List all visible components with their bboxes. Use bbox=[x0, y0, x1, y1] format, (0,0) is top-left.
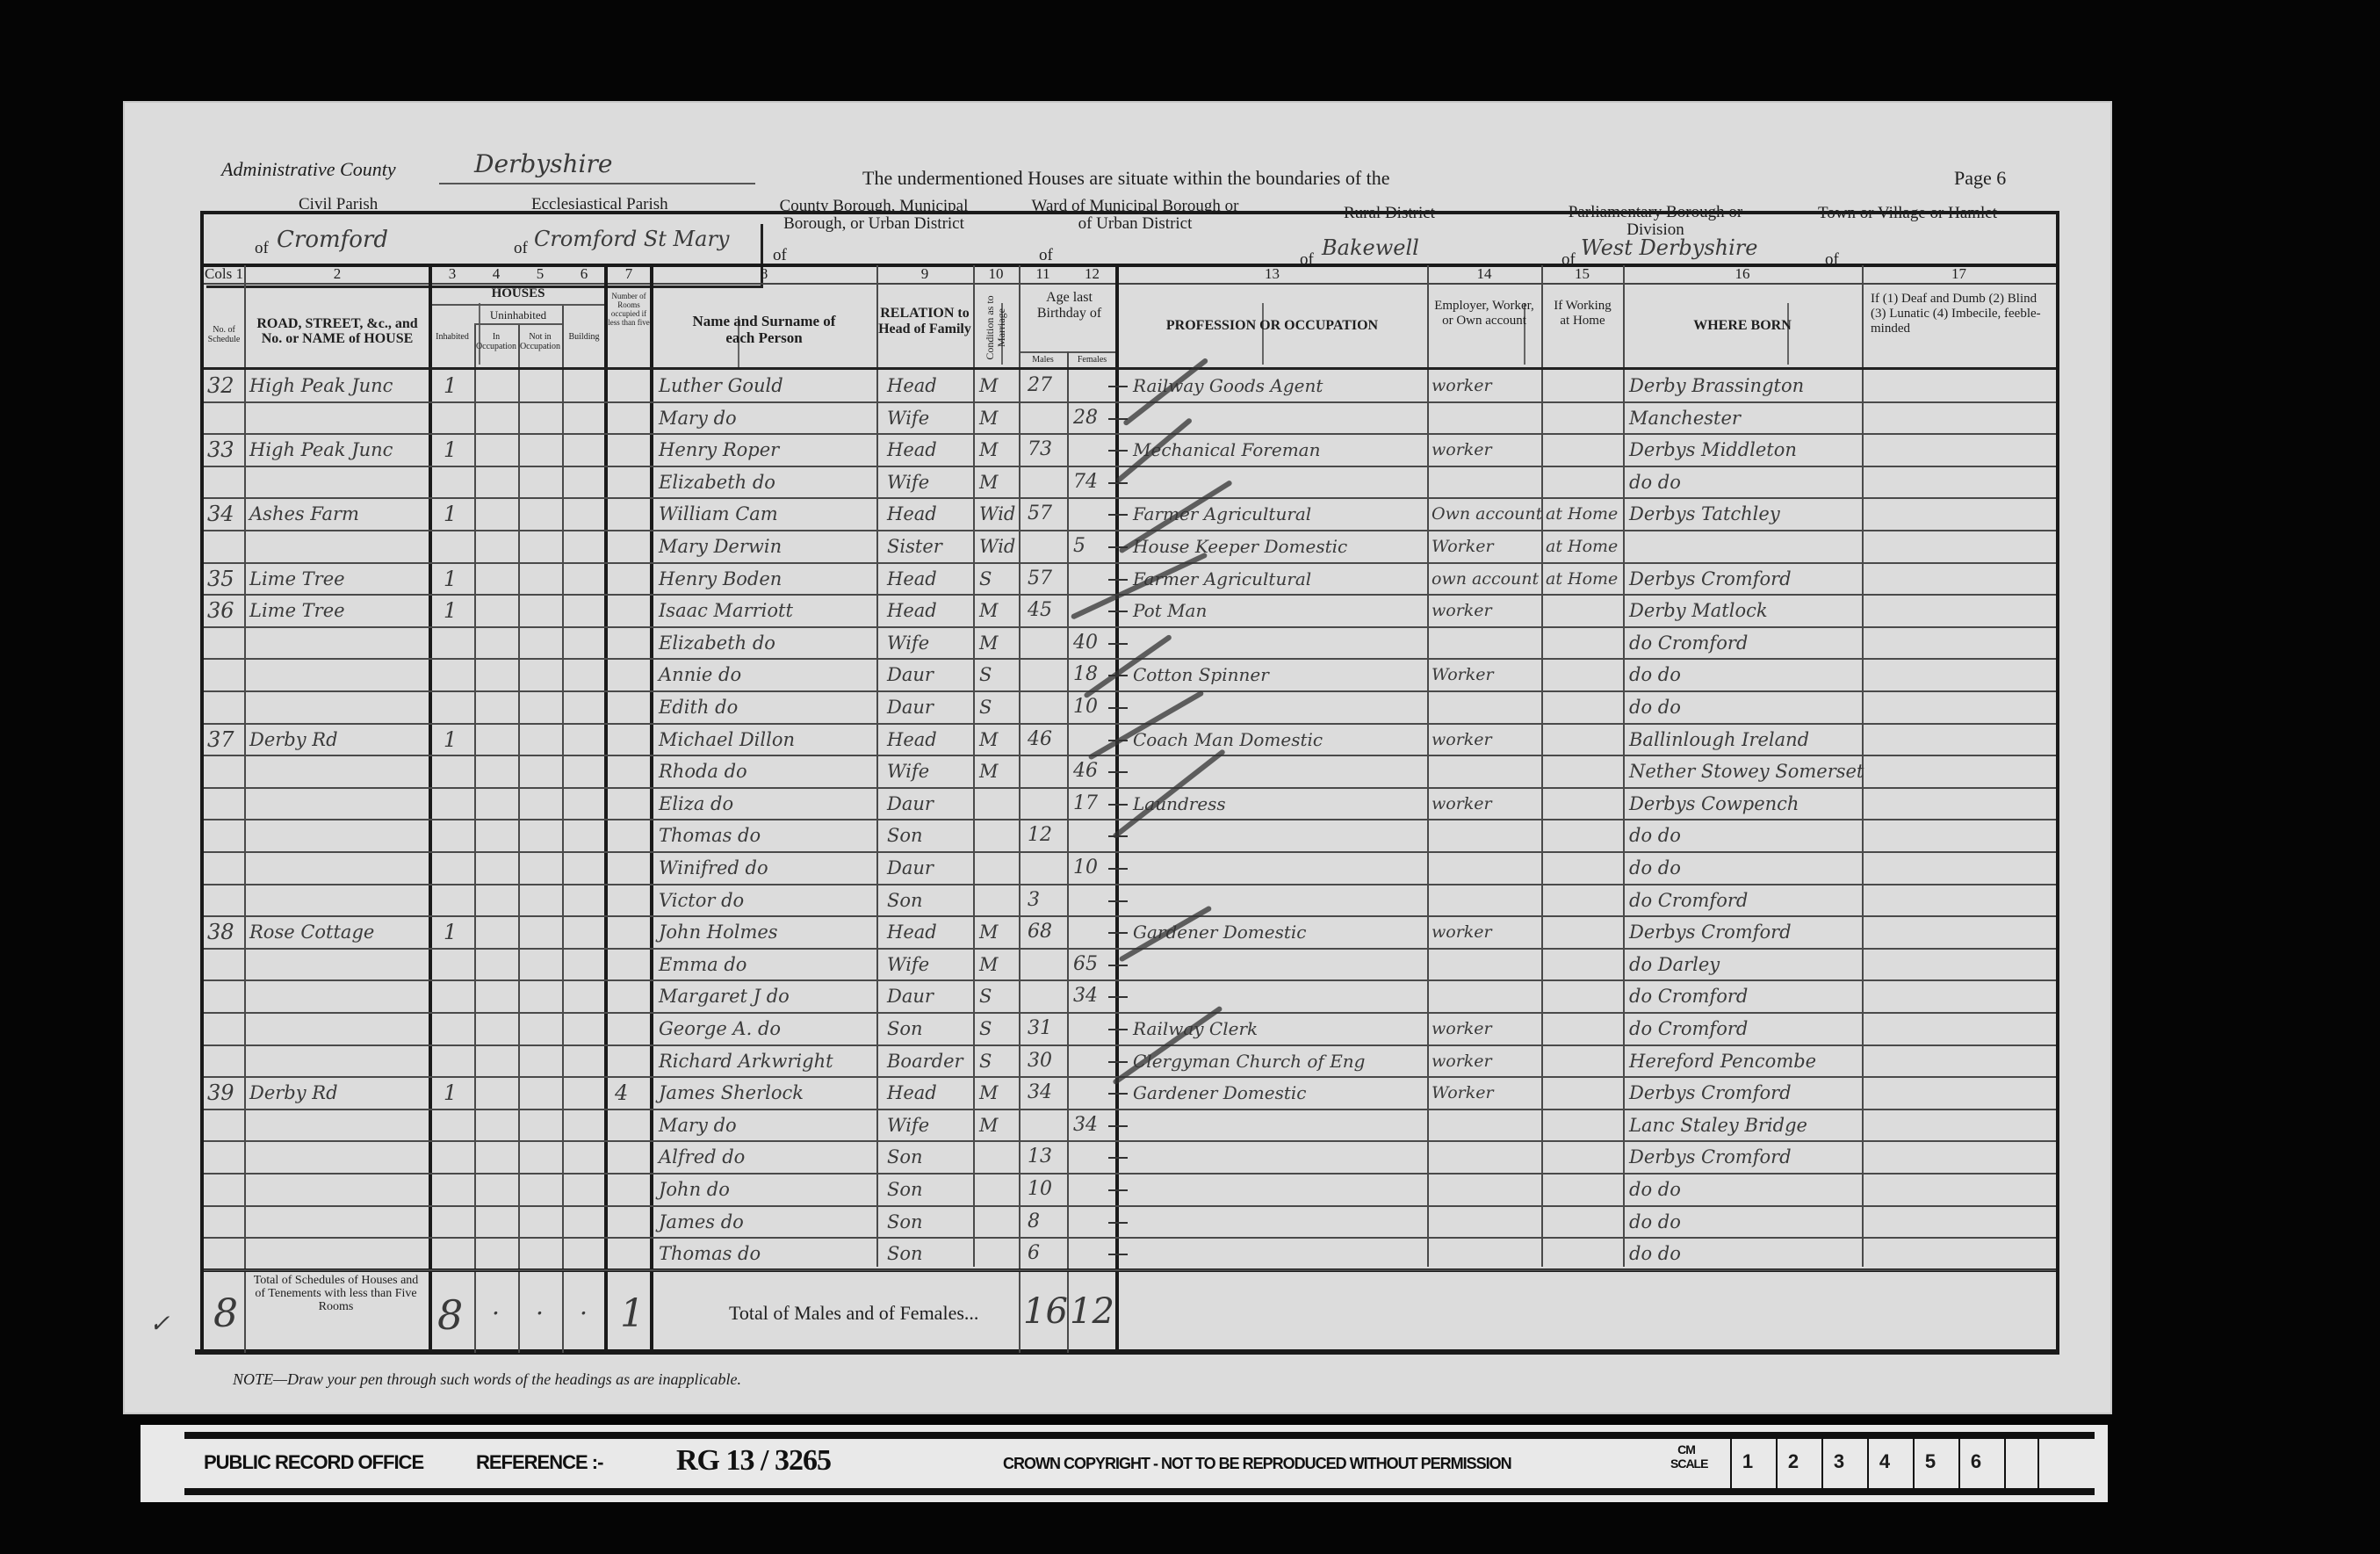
header-name: Name and Surname of each Person bbox=[676, 313, 852, 346]
cell-male-age bbox=[1028, 755, 1066, 787]
cell-inhabited bbox=[444, 1174, 470, 1205]
cell-occupation: Cotton Spinner bbox=[1133, 659, 1427, 690]
cell-inhabited: 1 bbox=[444, 1077, 470, 1109]
cell-relation: Head bbox=[887, 563, 971, 595]
cell-house: Lime Tree bbox=[249, 595, 429, 626]
cell-male-age: 6 bbox=[1028, 1238, 1066, 1269]
cell-rooms bbox=[615, 1045, 648, 1077]
cell-at-home: at Home bbox=[1546, 531, 1623, 562]
cell-schedule bbox=[207, 820, 244, 851]
cell-employment: worker bbox=[1432, 788, 1541, 820]
tick-dash bbox=[1108, 450, 1128, 452]
cell-name: Emma do bbox=[659, 949, 876, 980]
col-number: 7 bbox=[606, 265, 652, 283]
cell-condition: M bbox=[979, 916, 1018, 948]
cell-employment: worker bbox=[1432, 370, 1541, 401]
cell-condition: S bbox=[979, 1045, 1018, 1077]
tick-dash bbox=[1108, 868, 1128, 870]
cell-where-born: Hereford Pencombe bbox=[1629, 1045, 1862, 1077]
cell-condition: Wid bbox=[979, 498, 1018, 530]
cell-relation: Daur bbox=[887, 659, 971, 690]
header-inhabited: Inhabited bbox=[430, 332, 474, 342]
header-rooms: Number of Rooms occupied if less than fi… bbox=[606, 292, 652, 327]
cell-inhabited bbox=[444, 1045, 470, 1077]
tick-dash bbox=[1108, 771, 1128, 773]
cell-employment bbox=[1432, 980, 1541, 1012]
cell-schedule bbox=[207, 1013, 244, 1044]
cell-inhabited bbox=[444, 1141, 470, 1173]
cell-schedule: 38 bbox=[207, 916, 244, 948]
cell-male-age: 57 bbox=[1028, 563, 1066, 595]
district-label: Rural District bbox=[1344, 204, 1435, 223]
cell-schedule bbox=[207, 1238, 244, 1269]
cell-name: Henry Roper bbox=[659, 434, 876, 466]
district-label: Civil Parish bbox=[299, 195, 378, 214]
cell-male-age: 31 bbox=[1028, 1013, 1066, 1044]
cell-rooms bbox=[615, 402, 648, 434]
cell-at-home bbox=[1546, 788, 1623, 820]
cell-house bbox=[249, 1109, 429, 1141]
cell-house: Lime Tree bbox=[249, 563, 429, 595]
cell-schedule: 39 bbox=[207, 1077, 244, 1109]
cell-at-home bbox=[1546, 852, 1623, 884]
cell-at-home bbox=[1546, 627, 1623, 659]
cell-where-born: Derbys Cromford bbox=[1629, 563, 1862, 595]
cell-rooms bbox=[615, 563, 648, 595]
cell-inhabited bbox=[444, 659, 470, 690]
cell-at-home bbox=[1546, 1141, 1623, 1173]
cell-rooms bbox=[615, 949, 648, 980]
cell-rooms bbox=[615, 434, 648, 466]
cell-name: Henry Boden bbox=[659, 563, 876, 595]
cell-inhabited bbox=[444, 402, 470, 434]
cell-male-age bbox=[1028, 402, 1066, 434]
cell-condition: M bbox=[979, 949, 1018, 980]
col-number: Cols 1 bbox=[204, 265, 244, 283]
cell-rooms bbox=[615, 1206, 648, 1238]
header-males: Males bbox=[1019, 355, 1067, 365]
cell-employment bbox=[1432, 1141, 1541, 1173]
cell-condition: M bbox=[979, 595, 1018, 626]
header-uninhabited: Uninhabited bbox=[474, 307, 562, 322]
scale-mark-end bbox=[2004, 1439, 2039, 1488]
cell-employment: worker bbox=[1432, 916, 1541, 948]
col-number: 13 bbox=[1117, 265, 1427, 283]
cell-condition: M bbox=[979, 370, 1018, 401]
cell-male-age: 45 bbox=[1028, 595, 1066, 626]
cell-where-born: Ballinlough Ireland bbox=[1629, 724, 1862, 755]
cell-house: High Peak Junc bbox=[249, 370, 429, 401]
cell-occupation bbox=[1133, 980, 1427, 1012]
cell-name: George A. do bbox=[659, 1013, 876, 1044]
cell-employment: worker bbox=[1432, 434, 1541, 466]
cell-employment bbox=[1432, 949, 1541, 980]
admin-county-underline bbox=[439, 183, 755, 184]
cell-inhabited bbox=[444, 755, 470, 787]
cell-house: Rose Cottage bbox=[249, 916, 429, 948]
cell-schedule bbox=[207, 659, 244, 690]
cell-occupation: Pot Man bbox=[1133, 595, 1427, 626]
cell-male-age: 13 bbox=[1028, 1141, 1066, 1173]
cell-inhabited bbox=[444, 980, 470, 1012]
cell-condition bbox=[979, 1141, 1018, 1173]
col-number: 16 bbox=[1623, 265, 1862, 283]
col-divider bbox=[518, 325, 520, 1353]
cell-male-age bbox=[1028, 466, 1066, 498]
col-divider bbox=[1541, 265, 1543, 1267]
cell-employment: worker bbox=[1432, 595, 1541, 626]
header-occupation: PROFESSION OR OCCUPATION bbox=[1117, 318, 1427, 333]
col-number: 10 bbox=[973, 265, 1019, 283]
col-divider bbox=[604, 265, 608, 1353]
cell-inhabited: 1 bbox=[444, 498, 470, 530]
reference-value: RG 13 / 3265 bbox=[676, 1444, 831, 1478]
cell-name: Elizabeth do bbox=[659, 466, 876, 498]
cell-inhabited: 1 bbox=[444, 370, 470, 401]
cell-where-born: Nether Stowey Somerset bbox=[1629, 755, 1862, 787]
totals-females: 12 bbox=[1070, 1291, 1114, 1332]
cell-at-home bbox=[1546, 1238, 1623, 1269]
cell-rooms bbox=[615, 1141, 648, 1173]
cell-male-age: 10 bbox=[1028, 1174, 1066, 1205]
cell-inhabited: 1 bbox=[444, 724, 470, 755]
cell-male-age bbox=[1028, 788, 1066, 820]
cell-inhabited: 1 bbox=[444, 563, 470, 595]
cell-name: William Cam bbox=[659, 498, 876, 530]
cell-house bbox=[249, 466, 429, 498]
cell-relation: Wife bbox=[887, 466, 971, 498]
reference-bar-bottom-rule bbox=[184, 1488, 2095, 1495]
cell-relation: Head bbox=[887, 370, 971, 401]
cell-house bbox=[249, 980, 429, 1012]
cell-schedule bbox=[207, 531, 244, 562]
tick-dash bbox=[1108, 804, 1128, 806]
district-label: Ecclesiastical Parish bbox=[531, 195, 668, 214]
tick-dash bbox=[1108, 1189, 1128, 1191]
cell-where-born: Derbys Middleton bbox=[1629, 434, 1862, 466]
cell-name: Victor do bbox=[659, 885, 876, 916]
cell-house bbox=[249, 1238, 429, 1269]
cell-schedule: 34 bbox=[207, 498, 244, 530]
cell-rooms: 4 bbox=[615, 1077, 648, 1109]
col-number: 5 bbox=[518, 265, 562, 283]
cell-house bbox=[249, 691, 429, 723]
scale-mark: 3 bbox=[1821, 1439, 1855, 1488]
cell-schedule bbox=[207, 949, 244, 980]
cell-where-born: do do bbox=[1629, 1206, 1862, 1238]
header-relation: RELATION to Head of Family bbox=[878, 306, 971, 337]
cell-where-born: do do bbox=[1629, 659, 1862, 690]
col-number: 3 bbox=[430, 265, 474, 283]
cell-relation: Son bbox=[887, 885, 971, 916]
cell-male-age bbox=[1028, 980, 1066, 1012]
cell-employment bbox=[1432, 1109, 1541, 1141]
cell-name: Mary do bbox=[659, 1109, 876, 1141]
cell-name: Mary do bbox=[659, 402, 876, 434]
cell-employment: worker bbox=[1432, 1045, 1541, 1077]
cell-schedule bbox=[207, 1109, 244, 1141]
totals-rooms: 1 bbox=[620, 1291, 645, 1336]
cell-rooms bbox=[615, 1013, 648, 1044]
tick-dash bbox=[1108, 1061, 1128, 1063]
cell-inhabited bbox=[444, 820, 470, 851]
cell-name: Annie do bbox=[659, 659, 876, 690]
cell-at-home bbox=[1546, 1077, 1623, 1109]
cell-rooms bbox=[615, 1109, 648, 1141]
header-not-in-occupation: Not in Occupation bbox=[518, 332, 562, 351]
cell-employment: Own account bbox=[1432, 498, 1541, 530]
cell-occupation: Gardener Domestic bbox=[1133, 916, 1427, 948]
header-schedule: No. of Schedule bbox=[204, 325, 244, 344]
copyright-notice: CROWN COPYRIGHT - NOT TO BE REPRODUCED W… bbox=[1003, 1455, 1511, 1473]
divider bbox=[1787, 303, 1789, 365]
district-prefix: of bbox=[255, 239, 269, 258]
totals-not-in-occupation: . bbox=[536, 1291, 544, 1320]
tick-dash bbox=[1108, 996, 1128, 998]
cell-schedule bbox=[207, 1174, 244, 1205]
scale-mark: 4 bbox=[1867, 1439, 1900, 1488]
cell-rooms bbox=[615, 531, 648, 562]
totals-building: . bbox=[580, 1291, 588, 1320]
cell-where-born: Derby Matlock bbox=[1629, 595, 1862, 626]
district-value: Cromford bbox=[277, 227, 388, 253]
district-prefix: of bbox=[514, 239, 528, 258]
table-right-border bbox=[2056, 211, 2059, 1353]
cell-employment bbox=[1432, 691, 1541, 723]
header-road: ROAD, STREET, &c., and No. or NAME of HO… bbox=[248, 316, 427, 346]
cell-house: Derby Rd bbox=[249, 1077, 429, 1109]
cell-house bbox=[249, 788, 429, 820]
cell-relation: Head bbox=[887, 916, 971, 948]
cell-condition: M bbox=[979, 402, 1018, 434]
cell-relation: Son bbox=[887, 1174, 971, 1205]
col-divider bbox=[876, 265, 878, 1267]
cell-house bbox=[249, 531, 429, 562]
cell-at-home bbox=[1546, 820, 1623, 851]
cell-at-home bbox=[1546, 1174, 1623, 1205]
cell-condition: M bbox=[979, 627, 1018, 659]
district-prefix: of bbox=[773, 246, 787, 265]
cell-male-age bbox=[1028, 531, 1066, 562]
cell-schedule bbox=[207, 788, 244, 820]
cell-relation: Wife bbox=[887, 627, 971, 659]
cell-where-born: Derbys Cromford bbox=[1629, 1141, 1862, 1173]
table-left-border bbox=[200, 211, 204, 1353]
cell-inhabited: 1 bbox=[444, 916, 470, 948]
cell-condition bbox=[979, 1238, 1018, 1269]
cell-schedule bbox=[207, 755, 244, 787]
cell-inhabited bbox=[444, 1238, 470, 1269]
cell-relation: Head bbox=[887, 434, 971, 466]
cell-inhabited bbox=[444, 531, 470, 562]
cell-occupation bbox=[1133, 755, 1427, 787]
cell-name: Rhoda do bbox=[659, 755, 876, 787]
cell-where-born bbox=[1629, 531, 1862, 562]
page-number: Page 6 bbox=[1954, 167, 2006, 190]
cell-condition: S bbox=[979, 691, 1018, 723]
cell-male-age bbox=[1028, 691, 1066, 723]
cell-relation: Son bbox=[887, 1238, 971, 1269]
cell-where-born: do Cromford bbox=[1629, 885, 1862, 916]
cell-relation: Wife bbox=[887, 755, 971, 787]
col-divider bbox=[1019, 265, 1021, 1353]
cell-inhabited: 1 bbox=[444, 434, 470, 466]
header-females: Females bbox=[1067, 355, 1117, 365]
cell-name: Richard Arkwright bbox=[659, 1045, 876, 1077]
cell-male-age: 30 bbox=[1028, 1045, 1066, 1077]
cm-scale-label: CM SCALE bbox=[1670, 1442, 1702, 1471]
cell-inhabited bbox=[444, 1013, 470, 1044]
cell-inhabited bbox=[444, 1109, 470, 1141]
admin-county-value: Derbyshire bbox=[474, 149, 612, 178]
cell-schedule: 33 bbox=[207, 434, 244, 466]
cell-occupation: Clergyman Church of Eng bbox=[1133, 1045, 1427, 1077]
district-label: Town or Village or Hamlet bbox=[1818, 204, 1997, 223]
cell-schedule bbox=[207, 1045, 244, 1077]
cell-occupation bbox=[1133, 1141, 1427, 1173]
cell-employment bbox=[1432, 852, 1541, 884]
col-number: 17 bbox=[1862, 265, 2056, 283]
district-label: Ward of Municipal Borough or of Urban Di… bbox=[1023, 198, 1247, 233]
cell-house: Derby Rd bbox=[249, 724, 429, 755]
cell-house bbox=[249, 820, 429, 851]
cell-condition: S bbox=[979, 563, 1018, 595]
cell-occupation bbox=[1133, 627, 1427, 659]
cell-inhabited bbox=[444, 1206, 470, 1238]
reference-bar: PUBLIC RECORD OFFICE REFERENCE :- RG 13 … bbox=[141, 1425, 2108, 1502]
cell-at-home bbox=[1546, 949, 1623, 980]
cell-schedule bbox=[207, 980, 244, 1012]
col-divider bbox=[562, 306, 564, 1353]
cell-where-born: do Darley bbox=[1629, 949, 1862, 980]
cell-where-born: Derbys Tatchley bbox=[1629, 498, 1862, 530]
cell-relation: Son bbox=[887, 1141, 971, 1173]
cell-at-home bbox=[1546, 885, 1623, 916]
cell-rooms bbox=[615, 498, 648, 530]
district-label: Parliamentary Borough or Division bbox=[1559, 204, 1752, 239]
cell-employment: Worker bbox=[1432, 1077, 1541, 1109]
cell-relation: Daur bbox=[887, 691, 971, 723]
totals-schedules: 8 bbox=[213, 1291, 238, 1336]
cell-schedule: 32 bbox=[207, 370, 244, 401]
scale-mark: 2 bbox=[1776, 1439, 1809, 1488]
cell-relation: Head bbox=[887, 1077, 971, 1109]
cell-relation: Wife bbox=[887, 402, 971, 434]
header-in-occupation: In Occupation bbox=[474, 332, 518, 351]
tick-dash bbox=[1108, 1125, 1128, 1127]
col-divider bbox=[474, 325, 476, 1353]
cell-condition: M bbox=[979, 755, 1018, 787]
cell-condition: M bbox=[979, 466, 1018, 498]
cell-condition: M bbox=[979, 1077, 1018, 1109]
cell-house bbox=[249, 1013, 429, 1044]
cell-schedule: 35 bbox=[207, 563, 244, 595]
cell-occupation bbox=[1133, 1109, 1427, 1141]
cell-where-born: do Cromford bbox=[1629, 627, 1862, 659]
cell-where-born: do do bbox=[1629, 820, 1862, 851]
cell-condition bbox=[979, 788, 1018, 820]
col-number: 4 bbox=[474, 265, 518, 283]
col-divider bbox=[973, 265, 975, 1267]
cell-at-home bbox=[1546, 434, 1623, 466]
cell-occupation bbox=[1133, 852, 1427, 884]
totals-in-occupation: . bbox=[492, 1291, 500, 1320]
cell-at-home bbox=[1546, 1045, 1623, 1077]
cell-condition: Wid bbox=[979, 531, 1018, 562]
cell-condition bbox=[979, 1174, 1018, 1205]
cell-occupation bbox=[1133, 1238, 1427, 1269]
cell-at-home bbox=[1546, 466, 1623, 498]
totals-schedules-label: Total of Schedules of Houses and of Tene… bbox=[250, 1274, 422, 1313]
cell-relation: Son bbox=[887, 1206, 971, 1238]
tick-dash bbox=[1108, 1093, 1128, 1095]
cell-house bbox=[249, 402, 429, 434]
cell-employment bbox=[1432, 820, 1541, 851]
cell-at-home bbox=[1546, 724, 1623, 755]
header-at-home: If Working at Home bbox=[1547, 299, 1618, 329]
cell-occupation bbox=[1133, 466, 1427, 498]
cell-rooms bbox=[615, 627, 648, 659]
cell-schedule: 37 bbox=[207, 724, 244, 755]
cell-name: John Holmes bbox=[659, 916, 876, 948]
tick-dash bbox=[1108, 386, 1128, 387]
cell-employment: Worker bbox=[1432, 531, 1541, 562]
cell-schedule bbox=[207, 627, 244, 659]
cell-house bbox=[249, 949, 429, 980]
cell-relation: Wife bbox=[887, 949, 971, 980]
col-number: 12 bbox=[1067, 265, 1117, 283]
cell-rooms bbox=[615, 755, 648, 787]
cell-male-age: 8 bbox=[1028, 1206, 1066, 1238]
cell-inhabited bbox=[444, 466, 470, 498]
cell-at-home bbox=[1546, 370, 1623, 401]
header-where-born: WHERE BORN bbox=[1623, 318, 1862, 333]
tick-dash bbox=[1108, 1222, 1128, 1224]
col-number: 9 bbox=[876, 265, 973, 283]
cell-inhabited bbox=[444, 788, 470, 820]
cell-relation: Daur bbox=[887, 852, 971, 884]
tick-dash bbox=[1108, 900, 1128, 902]
cell-relation: Boarder bbox=[887, 1045, 971, 1077]
cell-schedule bbox=[207, 402, 244, 434]
divider bbox=[1262, 303, 1264, 365]
cell-rooms bbox=[615, 595, 648, 626]
cell-employment bbox=[1432, 1206, 1541, 1238]
record-office-label: PUBLIC RECORD OFFICE bbox=[204, 1451, 423, 1474]
cell-male-age bbox=[1028, 949, 1066, 980]
cell-employment bbox=[1432, 627, 1541, 659]
tick-dash bbox=[1108, 611, 1128, 612]
cell-schedule bbox=[207, 885, 244, 916]
cell-condition bbox=[979, 852, 1018, 884]
cell-occupation bbox=[1133, 949, 1427, 980]
cell-condition bbox=[979, 1206, 1018, 1238]
colnum-rule bbox=[204, 283, 2056, 285]
cell-at-home bbox=[1546, 1206, 1623, 1238]
cell-employment bbox=[1432, 885, 1541, 916]
cell-where-born: do do bbox=[1629, 466, 1862, 498]
cell-rooms bbox=[615, 724, 648, 755]
cell-at-home: at Home bbox=[1546, 563, 1623, 595]
cell-relation: Son bbox=[887, 1013, 971, 1044]
tick-dash bbox=[1108, 965, 1128, 966]
cell-rooms bbox=[615, 820, 648, 851]
col-divider bbox=[244, 265, 246, 1353]
cell-house: High Peak Junc bbox=[249, 434, 429, 466]
cell-occupation: Laundress bbox=[1133, 788, 1427, 820]
cell-relation: Head bbox=[887, 498, 971, 530]
cell-employment bbox=[1432, 466, 1541, 498]
